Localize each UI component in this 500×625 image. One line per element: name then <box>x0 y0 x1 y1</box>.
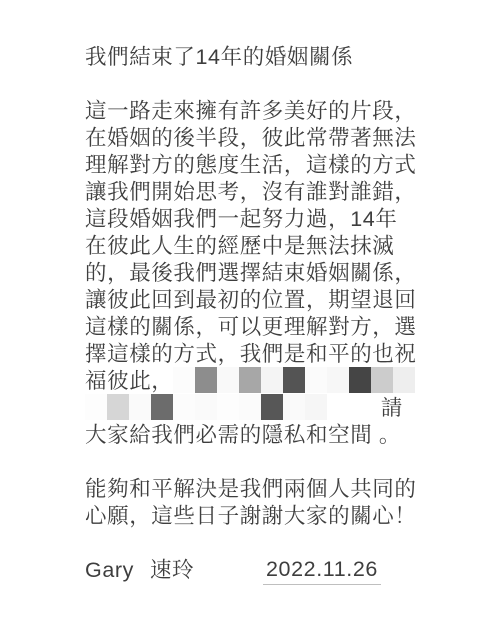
pixelated-block <box>261 394 283 420</box>
blank-line <box>85 71 423 98</box>
blank-line <box>85 449 423 476</box>
statement-line: 在婚姻的後半段，彼此常帶著無法 <box>85 125 423 152</box>
statement-text-fragment: 福彼此， <box>85 368 173 395</box>
signature-date[interactable]: 2022.11.26 <box>263 556 381 585</box>
pixelated-block <box>107 394 129 420</box>
pixelated-block <box>217 367 239 393</box>
statement-line: 擇這樣的方式，我們是和平的也祝 <box>85 341 423 368</box>
statement-line: 讓我們開始思考，沒有誰對誰錯， <box>85 179 423 206</box>
pixelated-block <box>261 367 283 393</box>
signature-name-en: Gary <box>85 557 134 584</box>
pixelated-block <box>305 367 327 393</box>
statement-document: 我們結束了14年的婚姻關係 這一路走來擁有許多美好的片段， 在婚姻的後半段，彼此… <box>85 44 423 584</box>
pixelated-block <box>85 394 107 420</box>
pixelated-block <box>283 367 305 393</box>
statement-line-with-censor: 福彼此， <box>85 368 423 395</box>
pixelated-block <box>371 367 393 393</box>
pixelated-block <box>195 394 217 420</box>
statement-text-fragment: 請 <box>381 395 403 422</box>
statement-line: 這段婚姻我們一起努力過，14年 <box>85 206 423 233</box>
statement-line: 理解對方的態度生活，這樣的方式 <box>85 152 423 179</box>
pixelated-block <box>217 394 239 420</box>
blank-line <box>85 530 423 557</box>
pixelated-block <box>195 367 217 393</box>
pixelated-block <box>327 367 349 393</box>
pixelated-block <box>393 367 415 393</box>
statement-line: 的，最後我們選擇結束婚姻關係， <box>85 260 423 287</box>
statement-line: 這樣的關係，可以更理解對方，選 <box>85 314 423 341</box>
censored-mosaic-row <box>173 367 415 393</box>
signature-name-zh: 速玲 <box>150 557 194 584</box>
statement-image: 我們結束了14年的婚姻關係 這一路走來擁有許多美好的片段， 在婚姻的後半段，彼此… <box>0 0 500 625</box>
statement-line: 能夠和平解決是我們兩個人共同的 <box>85 476 423 503</box>
statement-title: 我們結束了14年的婚姻關係 <box>85 44 423 71</box>
statement-line: 在彼此人生的經歷中是無法抹滅 <box>85 233 423 260</box>
statement-line-with-censor: 請 <box>85 395 423 422</box>
statement-line: 大家給我們必需的隱私和空間 。 <box>85 422 423 449</box>
statement-line: 心願，這些日子謝謝大家的關心！ <box>85 503 423 530</box>
statement-line: 這一路走來擁有許多美好的片段， <box>85 98 423 125</box>
statement-line: 讓彼此回到最初的位置，期望退回 <box>85 287 423 314</box>
signature-row: Gary 速玲 2022.11.26 <box>85 557 423 584</box>
pixelated-block <box>173 367 195 393</box>
pixelated-block <box>305 394 327 420</box>
pixelated-block <box>151 394 173 420</box>
pixelated-block <box>239 367 261 393</box>
pixelated-block <box>239 394 261 420</box>
pixelated-block <box>129 394 151 420</box>
pixelated-block <box>349 367 371 393</box>
pixelated-block <box>173 394 195 420</box>
censored-mosaic-row <box>85 394 327 420</box>
pixelated-block <box>283 394 305 420</box>
